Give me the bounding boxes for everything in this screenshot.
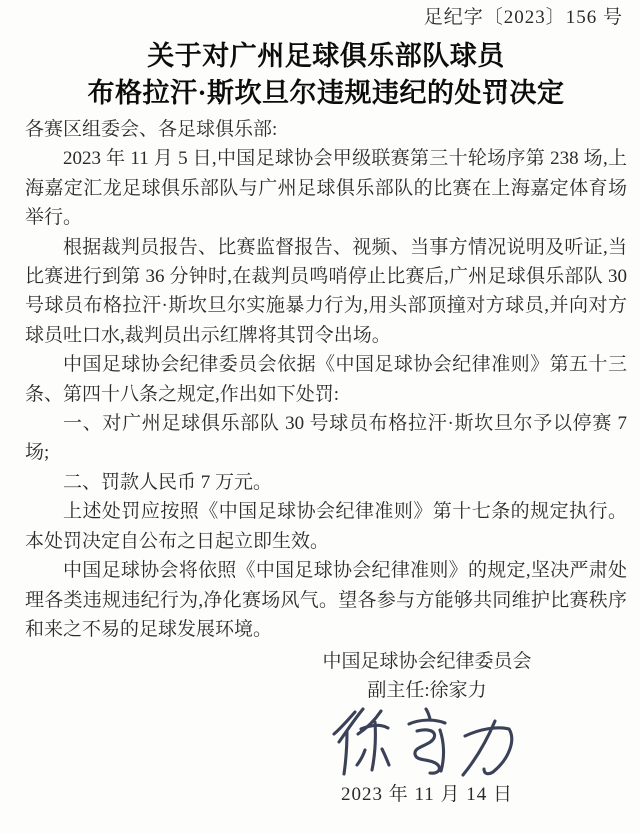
penalty-item-1: 一、对广州足球俱乐部队 30 号球员布格拉汗·斯坎旦尔予以停赛 7 场; [25,409,627,468]
signature-image [325,707,529,777]
title-line-1: 关于对广州足球俱乐部队球员 [25,38,627,75]
signature-block: 中国足球协会纪律委员会 副主任:徐家力 [301,647,553,809]
issuing-organization: 中国足球协会纪律委员会 [301,647,553,676]
document-page: 足纪字〔2023〕156 号 关于对广州足球俱乐部队球员 布格拉汗·斯坎旦尔违规… [0,0,640,833]
document-title: 关于对广州足球俱乐部队球员 布格拉汗·斯坎旦尔违规违纪的处罚决定 [25,38,627,112]
title-line-2: 布格拉汗·斯坎旦尔违规违纪的处罚决定 [25,75,627,112]
paragraph-closing: 中国足球协会将依照《中国足球协会纪律准则》的规定,坚决严肃处理各类违规违纪行为,… [25,556,627,644]
paragraph-execution: 上述处罚应按照《中国足球协会纪律准则》第十七条的规定执行。本处罚决定自公布之日起… [25,497,627,556]
paragraph-ruling-basis: 中国足球协会纪律委员会依据《中国足球协会纪律准则》第五十三条、第四十八条之规定,… [25,350,627,409]
penalty-item-2: 二、罚款人民币 7 万元。 [25,468,627,497]
document-date: 2023 年 11 月 14 日 [301,780,553,809]
document-body: 各赛区组委会、各足球俱乐部: 2023 年 11 月 5 日,中国足球协会甲级联… [25,115,627,644]
salutation: 各赛区组委会、各足球俱乐部: [25,115,627,144]
doc-number: 足纪字〔2023〕156 号 [25,5,627,30]
paragraph-match-info: 2023 年 11 月 5 日,中国足球协会甲级联赛第三十轮场序第 238 场,… [25,144,627,232]
signer-title: 副主任:徐家力 [301,676,553,705]
paragraph-incident: 根据裁判员报告、比赛监督报告、视频、当事方情况说明及听证,当比赛进行到第 36 … [25,233,627,351]
handwritten-signature [301,706,553,778]
